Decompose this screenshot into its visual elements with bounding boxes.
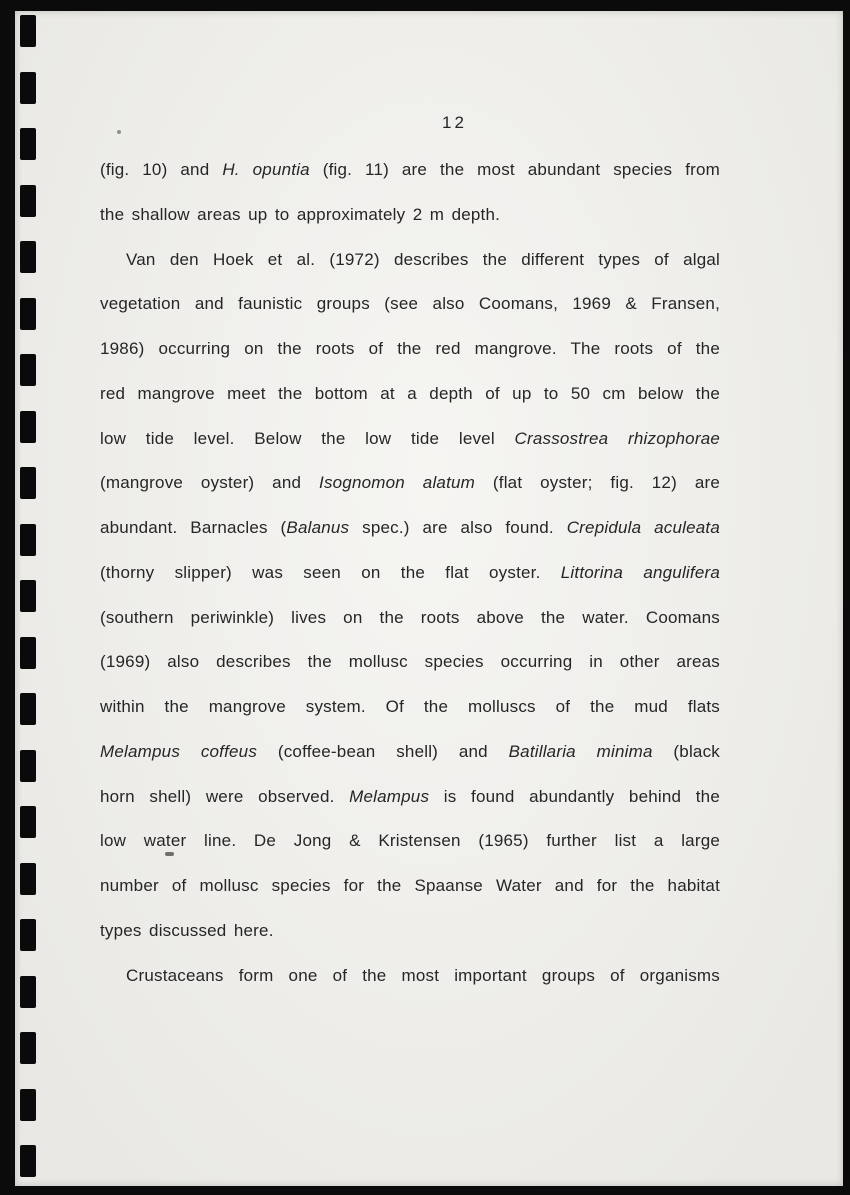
text-segment: abundant. Barnacles ( — [100, 518, 286, 537]
paper: 12 (fig. 10) and H. opuntia (fig. 11) ar… — [15, 11, 843, 1186]
text-segment: Crustaceans form one of the most importa… — [126, 966, 720, 985]
species-name: Littorina angulifera — [561, 563, 720, 582]
text-segment: Van den Hoek et al. (1972) describes the… — [126, 250, 720, 269]
text-line: (fig. 10) and H. opuntia (fig. 11) are t… — [100, 148, 720, 193]
text-segment: within the mangrove system. Of the mollu… — [100, 697, 720, 716]
binding-hole — [20, 185, 36, 217]
text-segment: (fig. 11) are the most abundant species … — [310, 160, 720, 179]
text-segment: types discussed here. — [100, 921, 274, 940]
species-name: H. opuntia — [222, 160, 310, 179]
binding-hole — [20, 467, 36, 499]
text-segment: the shallow areas up to approximately 2 … — [100, 205, 500, 224]
binding-hole — [20, 72, 36, 104]
text-segment: 1986) occurring on the roots of the red … — [100, 339, 720, 358]
species-name: Isognomon alatum — [319, 473, 475, 492]
text-line: Melampus coffeus (coffee-bean shell) and… — [100, 730, 720, 775]
text-segment: spec.) are also found. — [349, 518, 566, 537]
binding-hole — [20, 976, 36, 1008]
text-segment: low water line. De Jong & Kristensen (19… — [100, 831, 720, 850]
binding-hole — [20, 1032, 36, 1064]
text-line: Crustaceans form one of the most importa… — [100, 954, 720, 999]
text-segment: is found abundantly behind the — [429, 787, 720, 806]
text-segment: (mangrove oyster) and — [100, 473, 319, 492]
body-text: (fig. 10) and H. opuntia (fig. 11) are t… — [100, 148, 720, 998]
text-line: the shallow areas up to approximately 2 … — [100, 193, 720, 238]
species-name: Melampus — [349, 787, 429, 806]
text-line: 1986) occurring on the roots of the red … — [100, 327, 720, 372]
text-segment: vegetation and faunistic groups (see als… — [100, 294, 720, 313]
binding-hole — [20, 1089, 36, 1121]
species-name: Melampus coffeus — [100, 742, 257, 761]
text-line: low water line. De Jong & Kristensen (19… — [100, 819, 720, 864]
text-line: (thorny slipper) was seen on the flat oy… — [100, 551, 720, 596]
binding-hole — [20, 354, 36, 386]
text-line: vegetation and faunistic groups (see als… — [100, 282, 720, 327]
binding-hole — [20, 637, 36, 669]
binding-hole — [20, 298, 36, 330]
text-segment: horn shell) were observed. — [100, 787, 349, 806]
text-segment: (coffee-bean shell) and — [257, 742, 509, 761]
binding-hole — [20, 15, 36, 47]
text-segment: red mangrove meet the bottom at a depth … — [100, 384, 720, 403]
binding-hole — [20, 863, 36, 895]
text-line: (1969) also describes the mollusc specie… — [100, 640, 720, 685]
text-line: (southern periwinkle) lives on the roots… — [100, 596, 720, 641]
text-line: within the mangrove system. Of the mollu… — [100, 685, 720, 730]
page-number: 12 — [442, 111, 467, 135]
text-line: number of mollusc species for the Spaans… — [100, 864, 720, 909]
text-segment: low tide level. Below the low tide level — [100, 429, 515, 448]
binding-hole — [20, 750, 36, 782]
binding-hole — [20, 693, 36, 725]
binding-hole — [20, 919, 36, 951]
text-segment: (southern periwinkle) lives on the roots… — [100, 608, 720, 627]
binding-hole — [20, 524, 36, 556]
binding-hole — [20, 580, 36, 612]
text-line: (mangrove oyster) and Isognomon alatum (… — [100, 461, 720, 506]
text-segment: (1969) also describes the mollusc specie… — [100, 652, 720, 671]
text-segment: (flat oyster; fig. 12) are — [475, 473, 720, 492]
text-line: types discussed here. — [100, 909, 720, 954]
species-name: Batillaria minima — [509, 742, 653, 761]
text-line: red mangrove meet the bottom at a depth … — [100, 372, 720, 417]
species-name: Crassostrea rhizophorae — [515, 429, 721, 448]
binding-hole — [20, 806, 36, 838]
scanned-page: 12 (fig. 10) and H. opuntia (fig. 11) ar… — [0, 0, 850, 1195]
scan-speck — [117, 130, 121, 134]
text-segment: (thorny slipper) was seen on the flat oy… — [100, 563, 561, 582]
text-line: low tide level. Below the low tide level… — [100, 417, 720, 462]
text-line: horn shell) were observed. Melampus is f… — [100, 775, 720, 820]
text-segment: number of mollusc species for the Spaans… — [100, 876, 720, 895]
binding-hole — [20, 1145, 36, 1177]
text-line: abundant. Barnacles (Balanus spec.) are … — [100, 506, 720, 551]
text-segment: (black — [653, 742, 720, 761]
binding-hole — [20, 241, 36, 273]
text-line: Van den Hoek et al. (1972) describes the… — [100, 238, 720, 283]
text-segment: (fig. 10) and — [100, 160, 222, 179]
binding-hole — [20, 128, 36, 160]
binding-hole — [20, 411, 36, 443]
species-name: Crepidula aculeata — [567, 518, 720, 537]
species-name: Balanus — [286, 518, 349, 537]
